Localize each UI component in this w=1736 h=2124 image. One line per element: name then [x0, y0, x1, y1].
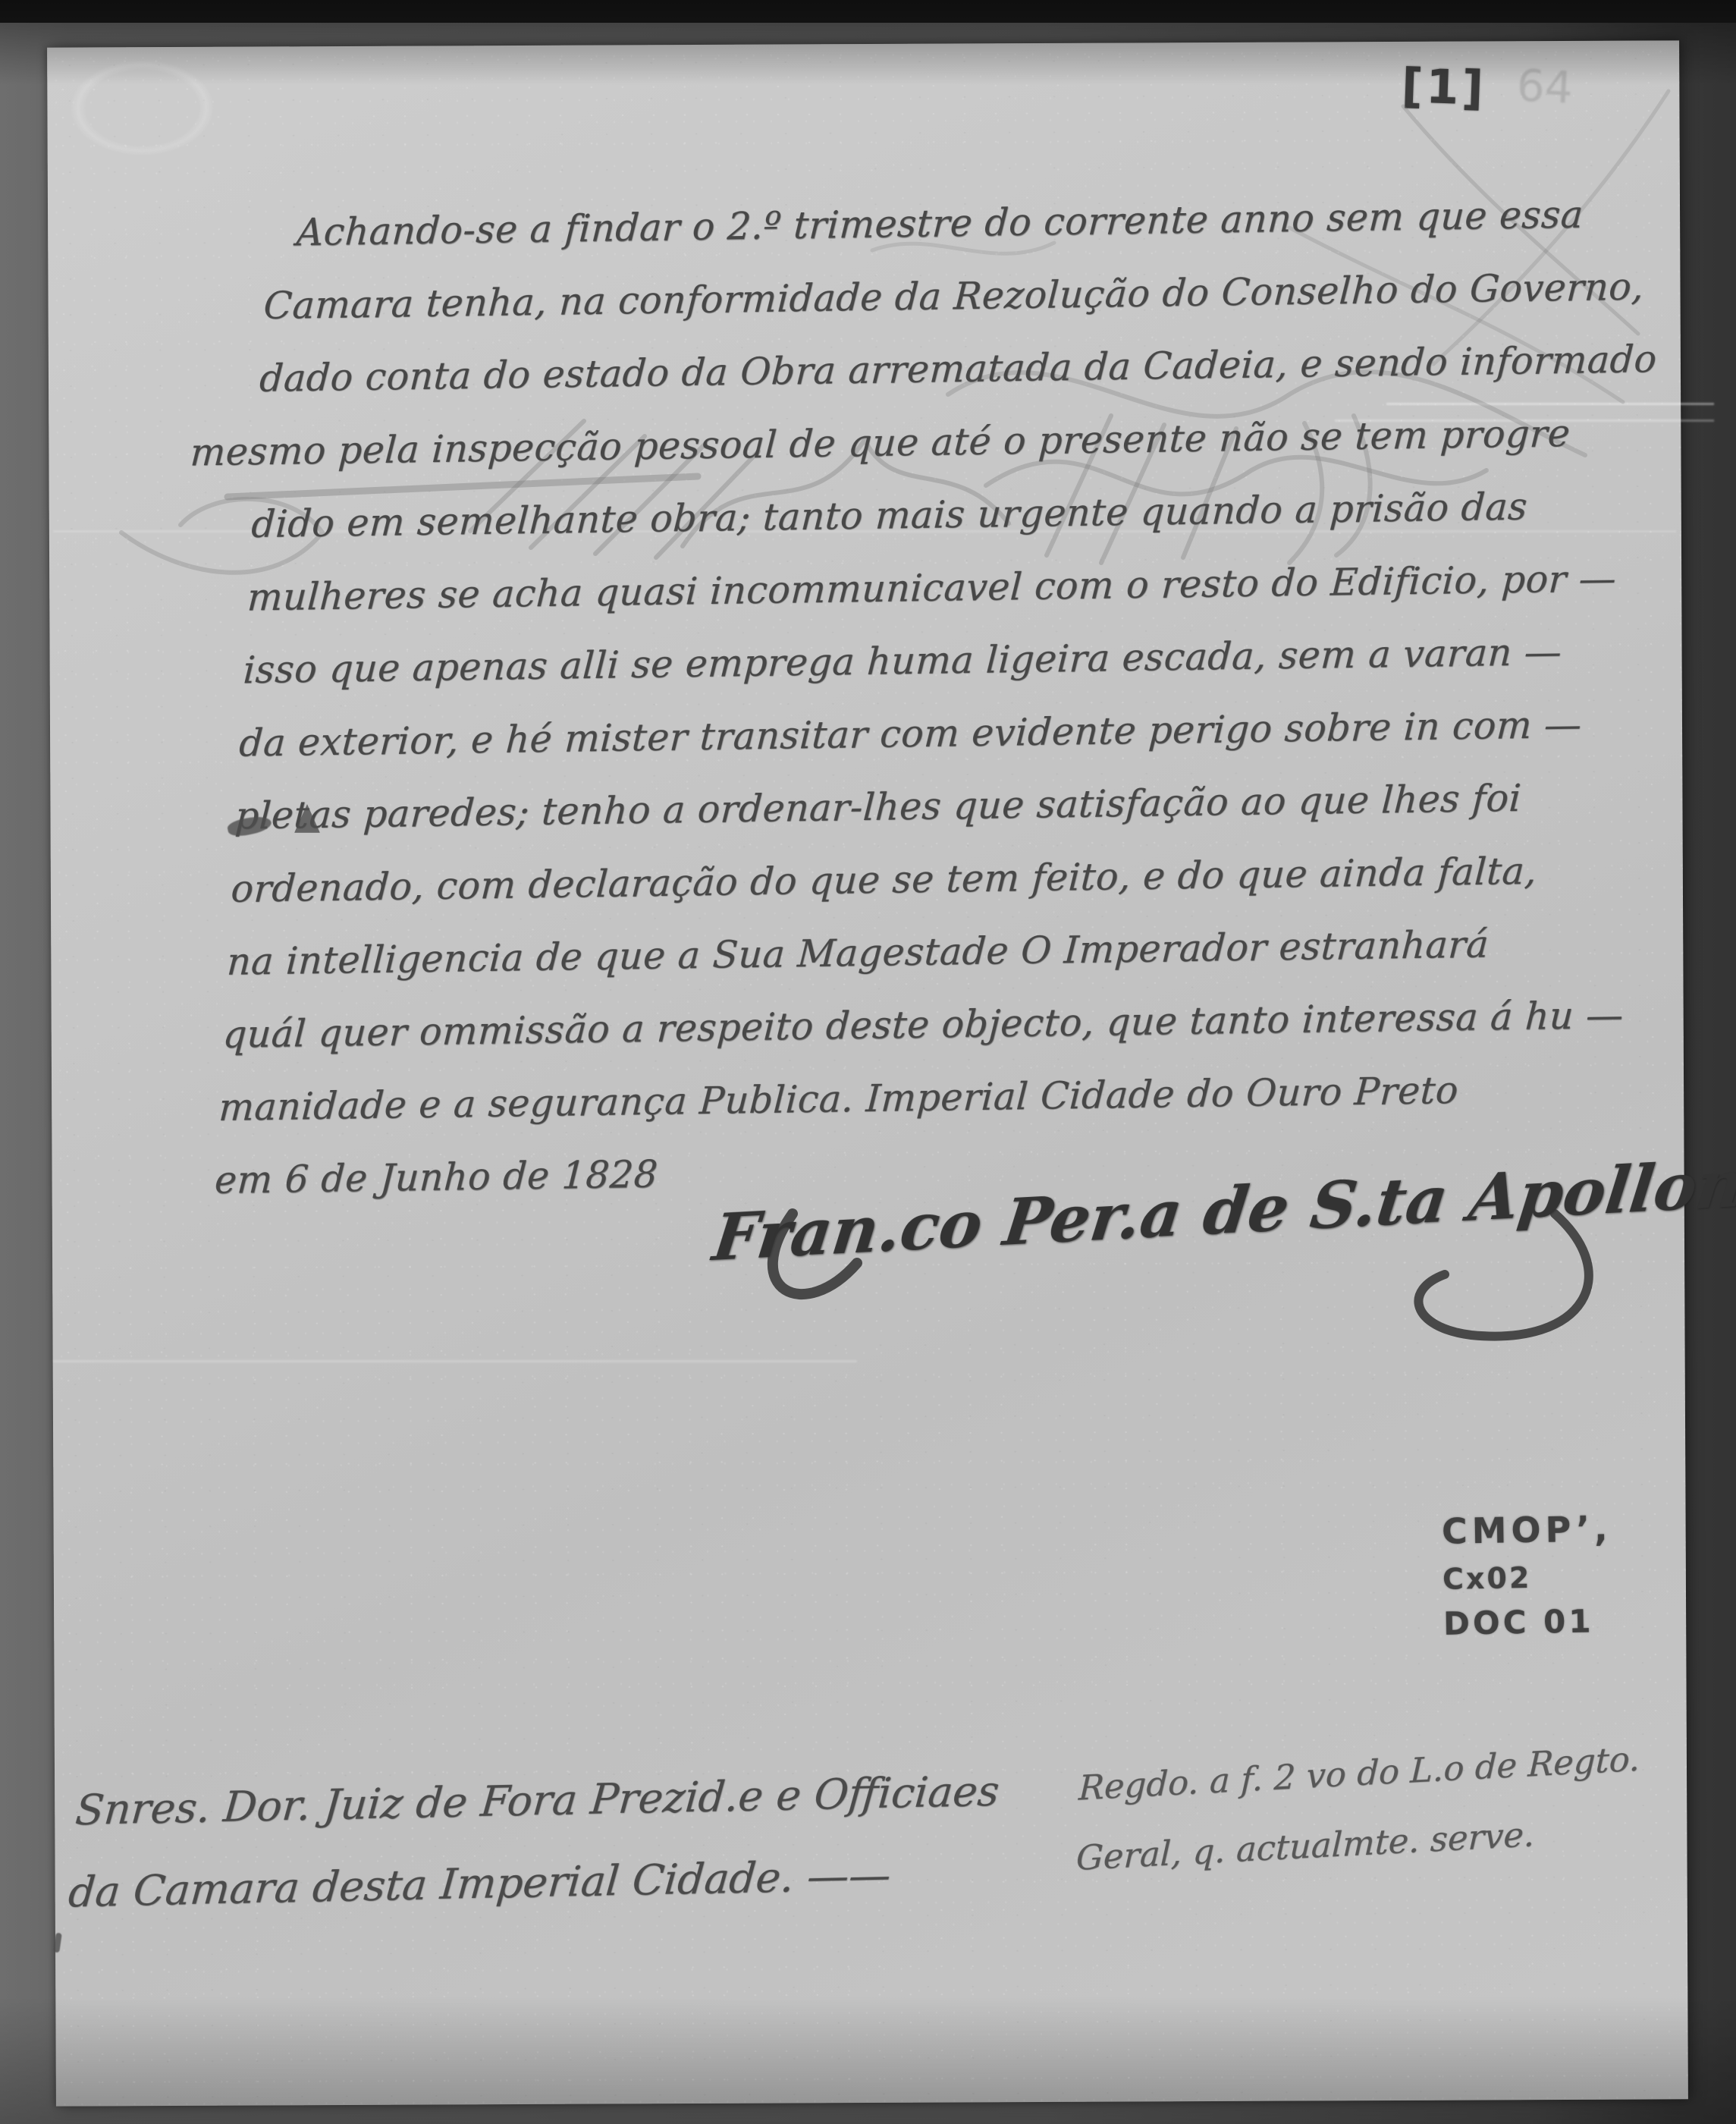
archival-doc: DOC 01: [1443, 1602, 1614, 1642]
address-block: Snres. Dor. Juiz de Fora Prezid.e e Offi…: [65, 1751, 951, 1934]
scan-streak: [53, 1360, 857, 1362]
archival-box: Cx02: [1442, 1560, 1613, 1596]
page-number-mark: [1]: [1401, 58, 1487, 116]
archival-reference: CMOP’, Cx02 DOC 01: [1442, 1508, 1615, 1642]
archival-collection: CMOP’,: [1442, 1508, 1613, 1552]
folio-number-pencil: 64: [1515, 59, 1574, 114]
scanned-document: [1] 64 Achando-se a findar o 2.º trimest…: [0, 0, 1736, 2124]
scanner-top-band: [0, 0, 1736, 23]
embossed-stamp: [62, 55, 222, 162]
letter-body: Achando-se a findar o 2.º trimestre do c…: [212, 178, 1627, 1218]
